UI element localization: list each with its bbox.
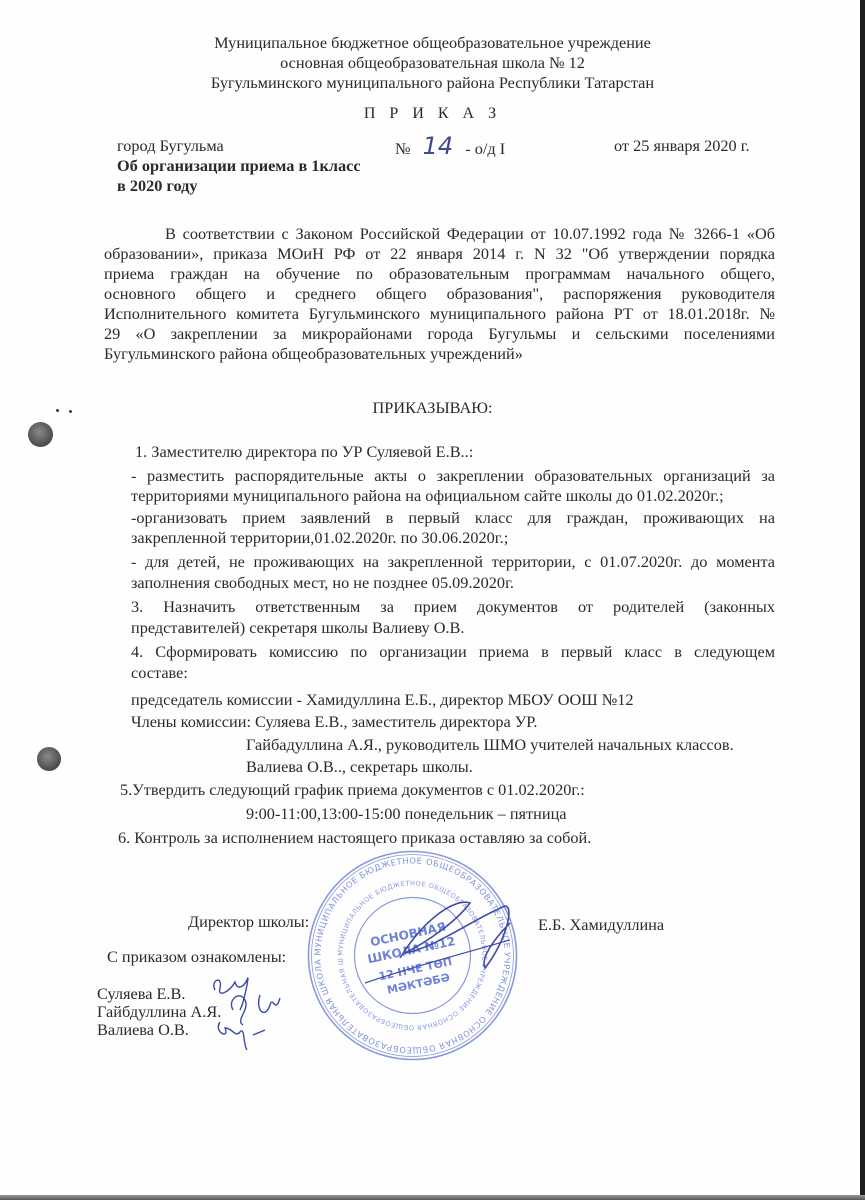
preamble-line: В соответствии с Законом Российской Феде…	[165, 224, 775, 244]
item-1-title: 1. Заместителю директора по УР Суляевой …	[135, 442, 473, 462]
item-4-line: составе:	[131, 663, 188, 683]
preamble-line: Бугульминского района общеобразовательны…	[104, 344, 523, 364]
number-prefix: №	[395, 139, 411, 158]
item-1-line: -организовать прием заявлений в первый к…	[131, 508, 775, 528]
order-heading: ПРИКАЗЫВАЮ:	[0, 398, 865, 418]
subject-line-1: Об организации приема в 1класс	[117, 156, 361, 176]
commission-member: Валиева О.В.., секретарь школы.	[246, 757, 473, 777]
item-4-line: 4. Сформировать комиссию по организации …	[131, 642, 775, 662]
preamble-line: Исполнительного комитета Бугульминского …	[104, 304, 775, 324]
header-line-3: Бугульминского муниципального района Рес…	[0, 73, 865, 93]
director-name: Е.Б. Хамидуллина	[538, 915, 664, 935]
subject-line-2: в 2020 году	[117, 176, 198, 196]
order-date: от 25 января 2020 г.	[614, 136, 750, 156]
signature-gaibdullina	[231, 995, 280, 1025]
document-type-title: П Р И К А З	[0, 105, 865, 123]
acknowledged-name: Валиева О.В.	[97, 1020, 189, 1040]
commission-members: Члены комиссии: Суляева Е.В., заместител…	[131, 712, 537, 732]
institution-header: Муниципальное бюджетное общеобразователь…	[0, 33, 865, 93]
item-1-line: - для детей, не проживающих на закреплен…	[131, 552, 775, 572]
item-3-line: 3. Назначить ответственным за прием доку…	[131, 597, 775, 617]
scanner-edge-right	[860, 0, 865, 1200]
item-6-line: 6. Контроль за исполнением настоящего пр…	[118, 828, 591, 848]
punch-hole-bottom	[37, 747, 61, 771]
preamble-line: 29 «О закреплении за микрорайонами город…	[104, 324, 775, 344]
order-number: № 14 - о/д I	[395, 136, 505, 159]
punch-hole-top	[28, 422, 53, 447]
order-number-handwritten: 14	[423, 132, 454, 160]
header-line-2: основная общеобразовательная школа № 12	[0, 53, 865, 73]
preamble-line: образовании», приказа МОиН РФ от 22 янва…	[104, 244, 775, 264]
acknowledged-name: Суляева Е.В.	[97, 984, 185, 1004]
preamble-line: приема граждан на обучение по образовате…	[104, 264, 775, 284]
commission-chair: председатель комиссии - Хамидуллина Е.Б.…	[131, 690, 634, 710]
commission-member: Гайбадуллина А.Я., руководитель ШМО учит…	[246, 735, 734, 755]
number-suffix: - о/д I	[465, 139, 505, 158]
acknowledged-label: С приказом ознакомлены:	[107, 947, 286, 967]
item-1-line: закрепленной территории,01.02.2020г. по …	[131, 528, 508, 548]
item-1-line: - разместить распорядительные акты о зак…	[131, 466, 775, 486]
header-line-1: Муниципальное бюджетное общеобразователь…	[0, 33, 865, 53]
city: город Бугульма	[117, 136, 224, 156]
item-3-line: представителей) секретаря школы Валиеву …	[131, 618, 464, 638]
item-5-schedule: 9:00-11:00,13:00-15:00 понедельник – пят…	[246, 804, 567, 824]
scanner-edge-bottom	[0, 1195, 865, 1200]
director-label: Директор школы:	[188, 912, 309, 932]
item-1-line: заполнения свободных мест, но не позднее…	[131, 573, 514, 593]
school-seal-stamp: МУНИЦИПАЛЬНОЕ БЮДЖЕТНОЕ ОБЩЕОБРАЗОВАТЕЛЬ…	[305, 848, 520, 1063]
scanned-page: Муниципальное бюджетное общеобразователь…	[0, 0, 865, 1200]
item-1-line: территориями муниципального района на оф…	[131, 486, 724, 506]
acknowledgement-signatures	[205, 970, 305, 1050]
signature-valieva	[218, 1022, 265, 1050]
acknowledged-name: Гайбдуллина А.Я.	[97, 1002, 221, 1022]
preamble-line: основного общего и среднего общего образ…	[104, 284, 775, 304]
director-signature-scribble	[400, 902, 510, 968]
item-5-line: 5.Утвердить следующий график приема доку…	[120, 780, 585, 800]
